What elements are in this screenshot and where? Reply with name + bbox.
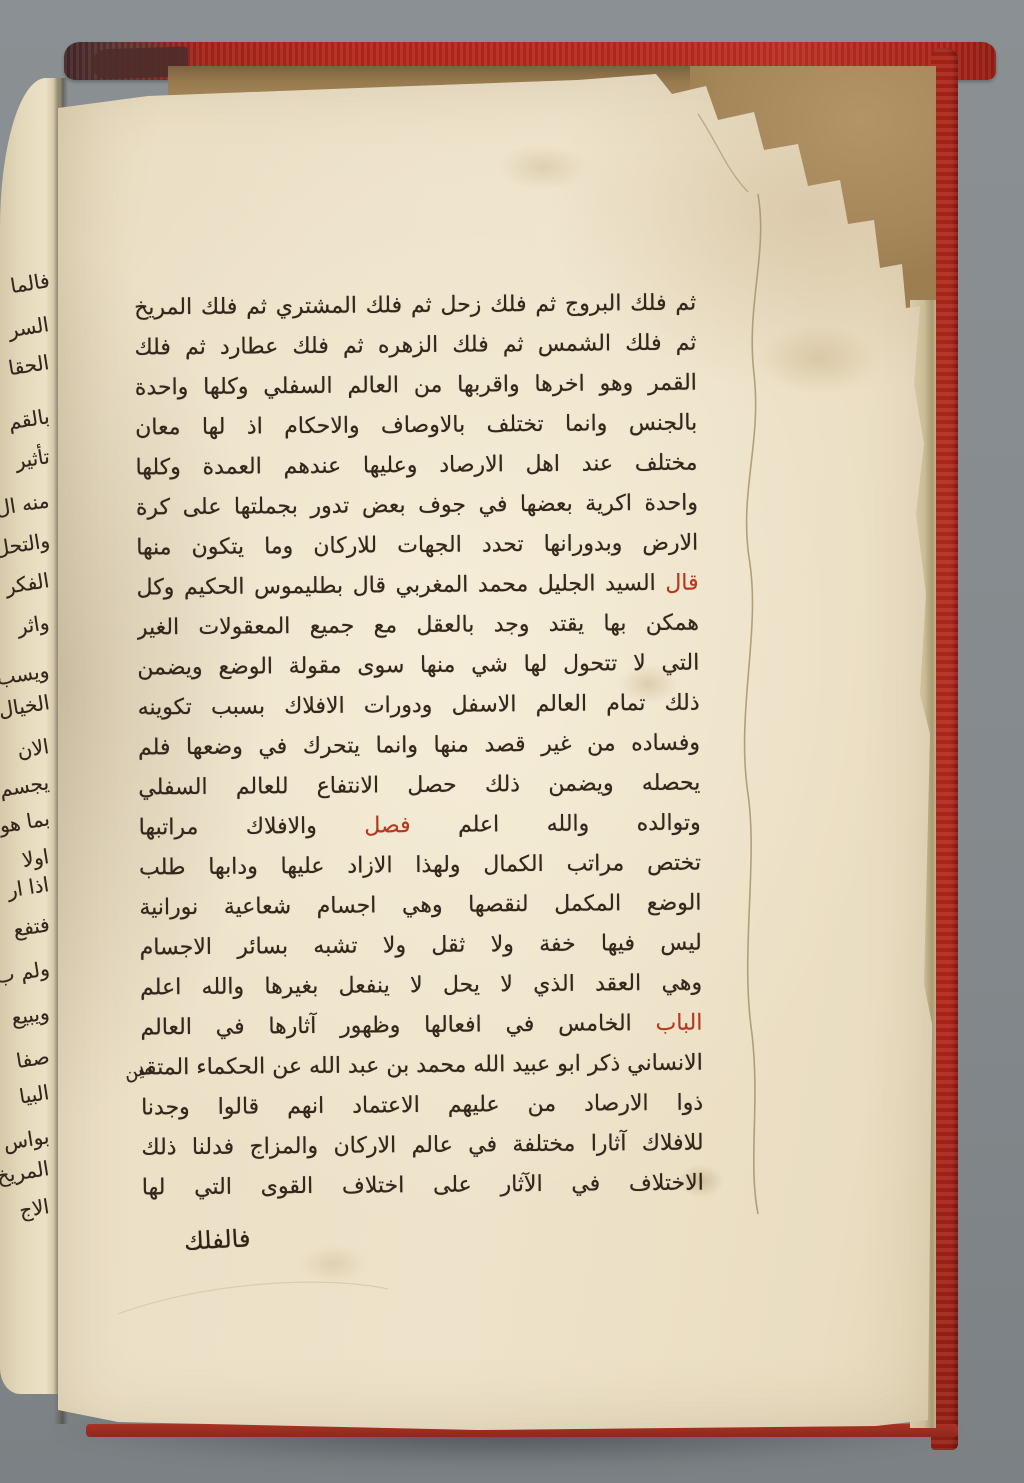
manuscript-line-3: القمر وهو اخرها واقربها من العالم السفلي… xyxy=(135,364,697,409)
facing-page-fragment: المريخ xyxy=(0,1156,51,1188)
manuscript-line-17: ليس فيها خفة ولا ثقل ولا تشبه بسائر الاج… xyxy=(140,924,702,969)
text-run: والافلاك مراتبها xyxy=(139,813,365,840)
text-run: للافلاك آثارا مختلفة في عالم الاركان وال… xyxy=(141,1131,703,1161)
facing-page-fragment: ولم ب xyxy=(0,956,51,988)
manuscript-line-10: التي لا تتحول لها شي منها سوى مقولة الوض… xyxy=(137,644,699,689)
manuscript-line-18: وهي العقد الذي لا يحل لا ينفعل بغيرها وا… xyxy=(140,964,702,1009)
text-run: وتوالده والله اعلم xyxy=(410,811,700,839)
manuscript-line-1: ثم فلك البروج ثم فلك زحل ثم فلك المشتري … xyxy=(134,284,696,329)
manuscript-line-7: الارض وبدورانها تحدد الجهات للاركان وما … xyxy=(136,524,698,569)
facing-page-fragment: الحقا xyxy=(7,350,51,380)
text-run: ليس فيها خفة ولا ثقل ولا تشبه بسائر الاج… xyxy=(140,931,702,961)
rubric-word: قال xyxy=(665,571,698,596)
paper-stain xyxy=(498,144,588,190)
manuscript-line-4: بالجنس وانما تختلف بالاوصاف والاحكام اذ … xyxy=(135,404,697,449)
facing-page-fragment: ويبيع xyxy=(10,1000,51,1030)
facing-page-fragment: السر xyxy=(7,312,51,342)
text-run: تختص مراتب الكمال ولهذا الازاد عليها ودا… xyxy=(139,851,701,881)
text-run: ثم فلك البروج ثم فلك زحل ثم فلك المشتري … xyxy=(134,291,696,321)
manuscript-line-8: قال السيد الجليل محمد المغربي قال بطليمو… xyxy=(136,564,698,609)
text-run: الخامس في افعالها وظهور آثارها في العالم xyxy=(140,1011,655,1040)
rubric-word: الباب xyxy=(655,1011,702,1036)
manuscript-line-15: تختص مراتب الكمال ولهذا الازاد عليها ودا… xyxy=(139,844,701,889)
facing-page-fragment: واثر xyxy=(16,610,51,639)
facing-page-fragment: صفا xyxy=(14,1044,51,1073)
facing-page-fragment: البيا xyxy=(18,1080,51,1108)
facing-page-fragment: يجسم xyxy=(0,770,51,801)
text-block: ثم فلك البروج ثم فلك زحل ثم فلك المشتري … xyxy=(134,284,704,1209)
facing-page-fragment: فتفع xyxy=(11,912,51,941)
manuscript-line-23: الاختلاف في الآثار على اختلاف القوى التي… xyxy=(142,1164,704,1209)
facing-page-fragment: والتحل xyxy=(0,528,51,560)
text-run: وهي العقد الذي لا يحل لا ينفعل بغيرها وا… xyxy=(140,971,702,1001)
manuscript-line-16: الوضع المكمل لنقصها وهي اجسام شعاعية نور… xyxy=(139,884,701,929)
text-run: ذلك تمام العالم الاسفل ودورات الافلاك بس… xyxy=(138,691,700,721)
manuscript-line-14: وتوالده والله اعلم فصل والافلاك مراتبها xyxy=(139,804,701,849)
text-run: يحصله ويضمن ذلك حصل الانتفاع للعالم السف… xyxy=(138,771,700,801)
rubric-word: فصل xyxy=(364,813,410,838)
facing-page-fragment: فالما xyxy=(8,268,51,298)
text-run: وفساده من غير قصد منها وانما يتحرك في وض… xyxy=(138,731,700,761)
manuscript-line-2: ثم فلك الشمس ثم فلك الزهره ثم فلك عطارد … xyxy=(134,324,696,369)
facing-page-fragment: تأثير xyxy=(13,444,51,473)
text-run: السيد الجليل محمد المغربي قال بطليموس ال… xyxy=(137,571,666,601)
manuscript-line-5: مختلف عند اهل الارصاد وعليها عندهم العمد… xyxy=(135,444,697,489)
manuscript-line-13: يحصله ويضمن ذلك حصل الانتفاع للعالم السف… xyxy=(138,764,700,809)
facing-page-fragment: بالقم xyxy=(6,404,50,434)
catchword: فالفلك xyxy=(183,1224,251,1255)
manuscript-line-6: واحدة اكرية بعضها في جوف بعض تدور بجملته… xyxy=(136,484,698,529)
text-run: واحدة اكرية بعضها في جوف بعض تدور بجملته… xyxy=(136,491,698,521)
facing-page-fragment: اذا ار xyxy=(6,872,51,902)
text-run: ذوا الارصاد من عليهم الاعتماد انهم قالوا… xyxy=(141,1091,703,1121)
manuscript-line-12: وفساده من غير قصد منها وانما يتحرك في وض… xyxy=(138,724,700,769)
photo-backdrop: فالماالسرالحقابالقمتأثيرمنه الوالتحلالفك… xyxy=(0,0,1024,1483)
text-run: ثم فلك الشمس ثم فلك الزهره ثم فلك عطارد … xyxy=(134,331,696,361)
manuscript-line-21: ذوا الارصاد من عليهم الاعتماد انهم قالوا… xyxy=(141,1084,703,1129)
text-run: القمر وهو اخرها واقربها من العالم السفلي… xyxy=(135,371,697,401)
facing-page-fragment: ويسب xyxy=(0,658,51,690)
text-run: الوضع المكمل لنقصها وهي اجسام شعاعية نور… xyxy=(139,891,701,921)
manuscript-line-9: همكن بها يقتد وجد بالعقل مع جميع المعقول… xyxy=(137,604,699,649)
manuscript-page: ثم فلك البروج ثم فلك زحل ثم فلك المشتري … xyxy=(58,74,936,1430)
paper-stain xyxy=(758,324,878,394)
facing-page-fragment: بما هو xyxy=(0,806,51,838)
manuscript-line-22: للافلاك آثارا مختلفة في عالم الاركان وال… xyxy=(141,1124,703,1169)
manuscript-line-20: الانساني ذكر ابو عبيد الله محمد بن عبد ا… xyxy=(141,1044,703,1089)
text-run: الاختلاف في الآثار على اختلاف القوى التي… xyxy=(142,1171,704,1201)
text-run: همكن بها يقتد وجد بالعقل مع جميع المعقول… xyxy=(137,611,699,641)
text-run: الانساني ذكر ابو عبيد الله محمد بن عبد ا… xyxy=(141,1051,703,1081)
text-run: بالجنس وانما تختلف بالاوصاف والاحكام اذ … xyxy=(135,411,697,441)
facing-page-fragment: اولا xyxy=(21,844,51,872)
facing-page-fragment: بواس xyxy=(2,1124,51,1155)
text-run: مختلف عند اهل الارصاد وعليها عندهم العمد… xyxy=(135,451,697,481)
paper-stain xyxy=(298,1244,368,1284)
text-run: الارض وبدورانها تحدد الجهات للاركان وما … xyxy=(136,531,698,561)
facing-page-fragment: الاج xyxy=(18,1194,51,1222)
facing-page-fragment: الخيال xyxy=(0,690,51,722)
manuscript-line-19: الباب الخامس في افعالها وظهور آثارها في … xyxy=(140,1004,702,1049)
manuscript-line-11: ذلك تمام العالم الاسفل ودورات الافلاك بس… xyxy=(137,684,699,729)
facing-page-fragment: منه ال xyxy=(0,488,51,520)
text-run: التي لا تتحول لها شي منها سوى مقولة الوض… xyxy=(137,651,699,681)
facing-page-fragment: الفكر xyxy=(4,568,51,599)
facing-page-fragment: الان xyxy=(16,734,51,763)
